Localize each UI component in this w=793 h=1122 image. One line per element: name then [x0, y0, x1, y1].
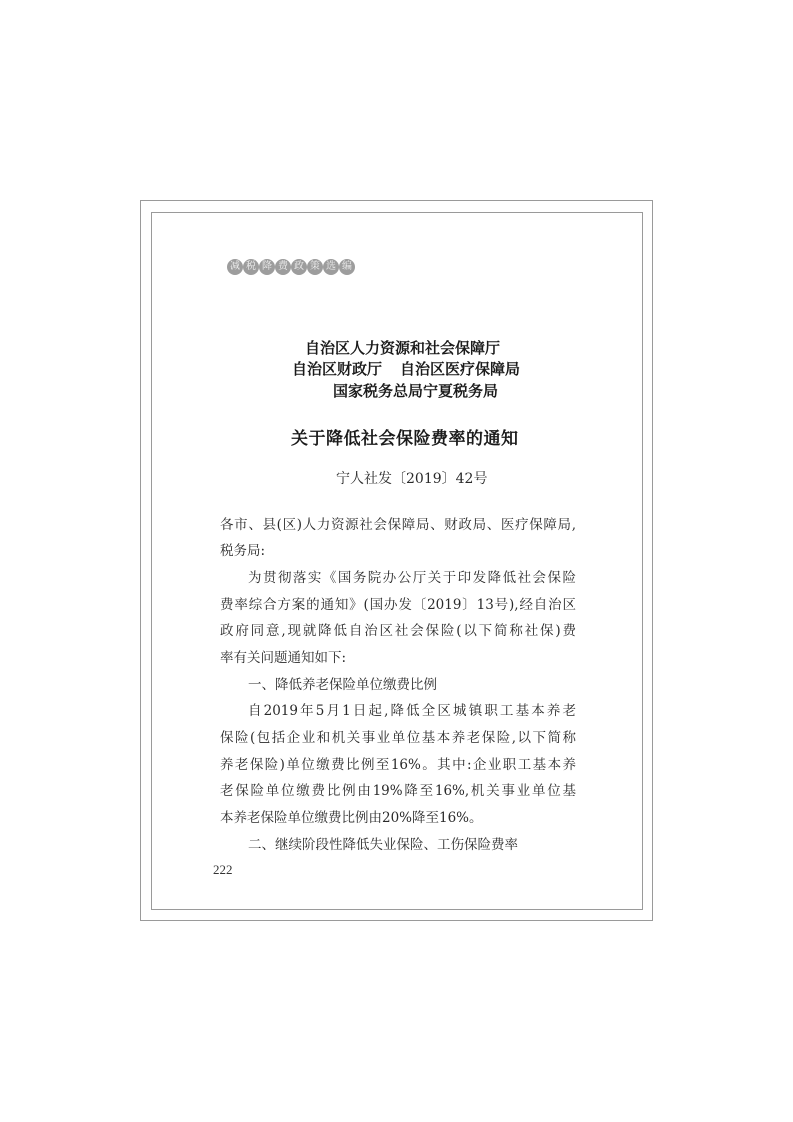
series-title-badges: 减 税 降 费 政 策 选 编 — [227, 259, 355, 275]
body-line: 率有关问题通知如下: — [220, 648, 346, 668]
body-line: 费率综合方案的通知》(国办发〔2019〕13号),经自治区 — [220, 595, 576, 615]
page-inner-border — [151, 212, 643, 910]
issuer-line: 自治区财政厅自治区医疗保障局 — [292, 358, 520, 379]
body-line: 老保险单位缴费比例由19%降至16%,机关事业单位基 — [220, 781, 576, 801]
series-title-char: 政 — [291, 259, 307, 275]
page-number: 222 — [213, 862, 233, 878]
issuer-medical: 自治区医疗保障局 — [400, 360, 520, 378]
document-title: 关于降低社会保险费率的通知 — [291, 424, 519, 449]
series-title-char: 减 — [227, 259, 243, 275]
issuer-line: 国家税务总局宁夏税务局 — [333, 380, 498, 401]
body-line: 为贯彻落实《国务院办公厅关于印发降低社会保险 — [220, 568, 576, 588]
body-line: 税务局: — [220, 541, 265, 561]
series-title-char: 税 — [243, 259, 259, 275]
document-number: 宁人社发〔2019〕42号 — [336, 468, 487, 488]
series-title-char: 编 — [339, 259, 355, 275]
body-line: 养老保险)单位缴费比例至16%。其中:企业职工基本养 — [220, 755, 576, 775]
issuer-finance: 自治区财政厅 — [292, 360, 382, 378]
series-title-char: 策 — [307, 259, 323, 275]
body-line: 本养老保险单位缴费比例由20%降至16%。 — [220, 808, 483, 828]
section-heading: 一、降低养老保险单位缴费比例 — [220, 675, 437, 695]
issuer-line: 自治区人力资源和社会保障厅 — [305, 337, 500, 358]
series-title-char: 降 — [259, 259, 275, 275]
body-line: 保险(包括企业和机关事业单位基本养老保险,以下简称 — [220, 728, 576, 748]
body-line: 各市、县(区)人力资源社会保障局、财政局、医疗保障局, — [220, 515, 576, 535]
series-title-char: 选 — [323, 259, 339, 275]
section-heading: 二、继续阶段性降低失业保险、工伤保险费率 — [220, 835, 518, 855]
body-line: 自2019年5月1日起,降低全区城镇职工基本养老 — [220, 701, 576, 721]
series-title-char: 费 — [275, 259, 291, 275]
body-line: 政府同意,现就降低自治区社会保险(以下简称社保)费 — [220, 621, 576, 641]
